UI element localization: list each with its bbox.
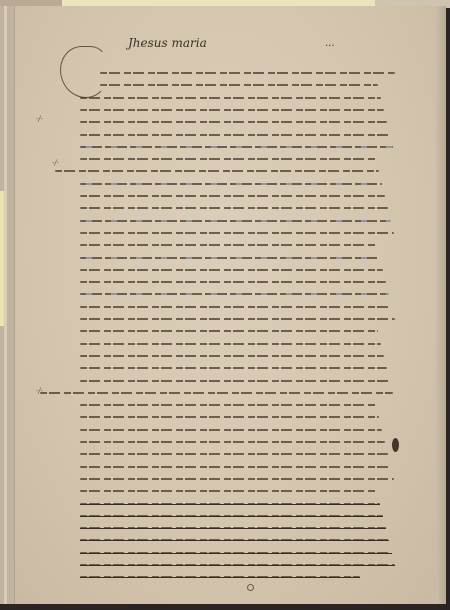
ink-stroke (80, 109, 384, 111)
ink-stroke (80, 97, 381, 99)
handwritten-line (55, 166, 379, 176)
ink-stroke (80, 416, 379, 418)
handwritten-line (80, 499, 380, 509)
strike-through (80, 516, 383, 517)
margin-note: ·/· (52, 159, 59, 167)
strike-through (80, 540, 389, 541)
page-hole (247, 584, 254, 591)
ink-stroke (80, 146, 393, 148)
handwritten-line (80, 240, 377, 250)
handwritten-line (80, 474, 394, 484)
strike-through (80, 504, 380, 505)
page-right-edge (436, 6, 446, 604)
ink-stroke (80, 121, 387, 123)
handwritten-line (100, 68, 395, 78)
ink-stroke (80, 306, 392, 308)
handwritten-line (80, 425, 382, 435)
ink-stroke (80, 257, 380, 259)
handwritten-line (80, 400, 376, 410)
handwritten-line (80, 93, 381, 103)
ink-stroke (80, 453, 388, 455)
margin-note: ·/· (36, 387, 43, 395)
ink-stroke (80, 429, 382, 431)
handwritten-line (80, 548, 392, 558)
ink-stroke (80, 293, 389, 295)
handwritten-line (80, 117, 387, 127)
handwritten-line (80, 437, 385, 447)
handwritten-line (80, 142, 393, 152)
handwritten-line (80, 105, 384, 115)
ink-stroke (40, 392, 393, 394)
handwritten-line (80, 154, 376, 164)
ink-stroke (80, 158, 376, 160)
heading-left: Jhesus maria (128, 36, 207, 50)
bottom-edge (0, 604, 450, 610)
ink-stroke (80, 330, 378, 332)
ink-stroke (80, 490, 377, 492)
handwritten-line (80, 326, 378, 336)
ink-stroke (80, 244, 377, 246)
ink-stroke (55, 170, 379, 172)
handwritten-line (80, 412, 379, 422)
handwritten-line (80, 253, 380, 263)
strike-through (80, 553, 392, 554)
handwritten-line (40, 388, 393, 398)
ink-blot (392, 438, 399, 452)
ink-stroke (80, 220, 391, 222)
handwritten-line (80, 130, 390, 140)
ink-stroke (80, 441, 385, 443)
ink-stroke (80, 134, 390, 136)
ink-stroke (80, 380, 390, 382)
ink-stroke (80, 367, 387, 369)
ink-stroke (100, 72, 395, 74)
handwritten-line (80, 191, 385, 201)
ink-stroke (80, 207, 388, 209)
handwritten-line (80, 560, 395, 570)
ink-stroke (80, 232, 394, 234)
ink-stroke (80, 404, 376, 406)
ink-stroke (80, 281, 386, 283)
handwritten-line (80, 572, 360, 582)
margin-note: ·/· (36, 115, 43, 123)
strike-through (80, 577, 360, 578)
handwritten-line (100, 80, 378, 90)
handwritten-line (80, 351, 384, 361)
ink-stroke (80, 466, 391, 468)
handwritten-line (80, 216, 391, 226)
strike-through (80, 528, 386, 529)
handwritten-line (80, 203, 388, 213)
ink-stroke (80, 183, 382, 185)
handwritten-line (80, 314, 395, 324)
handwritten-line (80, 228, 394, 238)
ink-stroke (80, 195, 385, 197)
handwritten-line (80, 523, 386, 533)
handwritten-line (80, 179, 382, 189)
handwritten-line (80, 339, 381, 349)
ink-stroke (80, 318, 395, 320)
handwritten-line (80, 289, 389, 299)
handwritten-line (80, 462, 391, 472)
handwritten-line (80, 535, 389, 545)
ink-stroke (80, 478, 394, 480)
handwritten-line (80, 486, 377, 496)
strike-through (80, 565, 395, 566)
page-left-fold (4, 6, 7, 604)
handwritten-line (80, 376, 390, 386)
ink-stroke (80, 343, 381, 345)
binding-tab (0, 191, 4, 326)
handwritten-line (80, 449, 388, 459)
ink-stroke (100, 84, 378, 86)
handwritten-line (80, 277, 386, 287)
heading-right: ... (325, 38, 335, 49)
handwritten-line (80, 265, 383, 275)
manuscript-page: Jhesus maria ... ·/· ·/· ·/· (0, 6, 446, 604)
handwritten-line (80, 302, 392, 312)
ink-stroke (80, 269, 383, 271)
ink-stroke (80, 355, 384, 357)
handwritten-line (80, 511, 383, 521)
handwritten-line (80, 363, 387, 373)
